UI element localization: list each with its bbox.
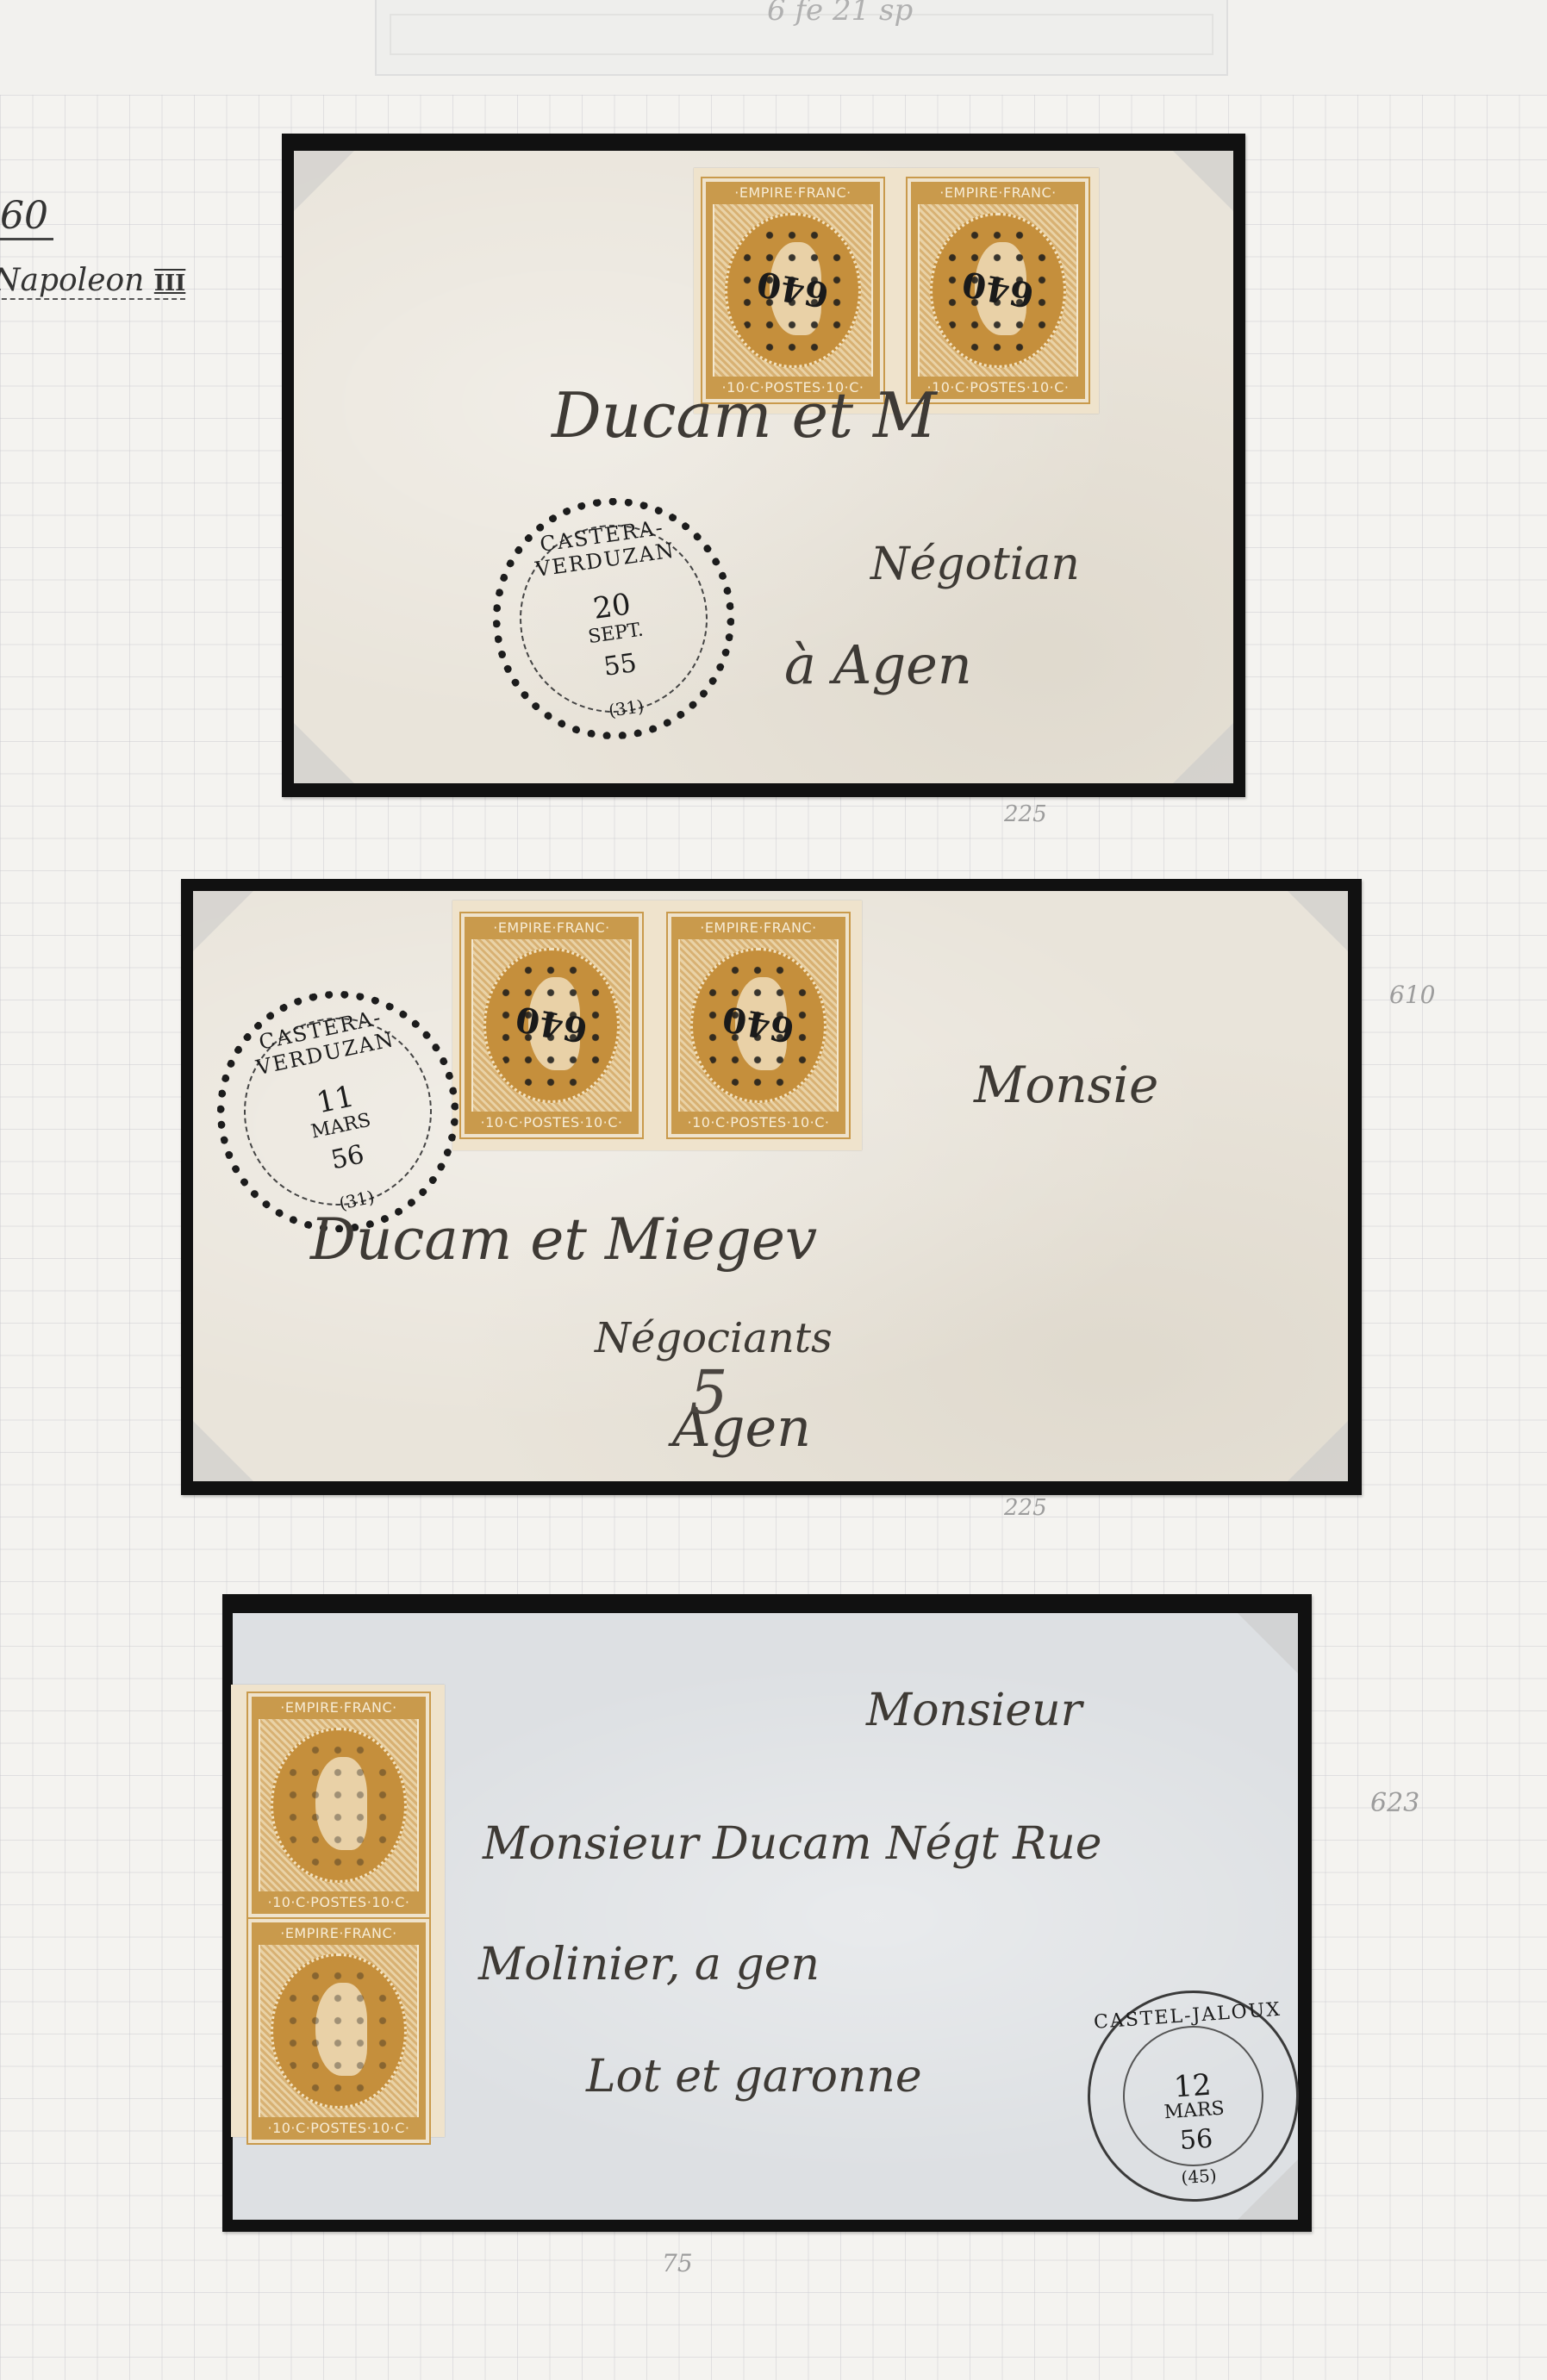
address-line: Ducam et M bbox=[552, 379, 937, 452]
address-line: Lot et garonne bbox=[586, 2051, 922, 2103]
postage-due-mark: 5 bbox=[689, 1357, 728, 1428]
stamp-pair-3: ·EMPIRE·FRANC· ·10·C·POSTES·10·C· ·EMPIR… bbox=[231, 1685, 445, 2137]
address-line: Ducam et Miegev bbox=[310, 1206, 817, 1273]
series-name: Napoleon bbox=[0, 263, 144, 298]
stamp: ·EMPIRE·FRANC· ·10·C·POSTES·10·C· bbox=[248, 1693, 429, 1917]
stamp: ·EMPIRE·FRANC· ·10·C·POSTES·10·C· 640 bbox=[461, 913, 642, 1137]
margin-note-75: 75 bbox=[662, 2249, 693, 2277]
series-label: Napoleon III bbox=[0, 263, 185, 300]
address-line: Négociants bbox=[595, 1314, 833, 1362]
margin-note-623: 623 bbox=[1370, 1788, 1419, 1818]
price-note: 225 bbox=[1004, 801, 1047, 827]
address-line: Monsieur bbox=[866, 1685, 1082, 1736]
stamp-pair-2: ·EMPIRE·FRANC· ·10·C·POSTES·10·C· 640 ·E… bbox=[452, 900, 862, 1150]
margin-note-610: 610 bbox=[1389, 981, 1435, 1009]
stamp: ·EMPIRE·FRANC· ·10·C·POSTES·10·C· 640 bbox=[908, 178, 1089, 402]
header-pencil-note: 6 fe 21 sp bbox=[767, 0, 913, 28]
price-note: 225 bbox=[1004, 1495, 1047, 1521]
catalogue-number: 60 bbox=[0, 194, 53, 240]
album-page-header-band: 6 fe 21 sp bbox=[0, 0, 1547, 95]
postmark-3: CASTEL-JALOUX 12 MARS 56 (45) bbox=[1081, 1984, 1306, 2209]
stamp: ·EMPIRE·FRANC· ·10·C·POSTES·10·C· bbox=[248, 1919, 429, 2143]
address-line: Monsie bbox=[974, 1056, 1158, 1114]
address-line: à Agen bbox=[784, 633, 972, 696]
address-line: Monsieur Ducam Négt Rue bbox=[483, 1818, 1102, 1870]
series-numeral: III bbox=[154, 271, 186, 296]
address-line: Molinier, a gen bbox=[478, 1939, 820, 1991]
stamp: ·EMPIRE·FRANC· ·10·C·POSTES·10·C· 640 bbox=[702, 178, 883, 402]
stamp: ·EMPIRE·FRANC· ·10·C·POSTES·10·C· 640 bbox=[668, 913, 849, 1137]
address-line: Négotian bbox=[870, 539, 1080, 590]
stamp-pair-1: ·EMPIRE·FRANC· ·10·C·POSTES·10·C· 640 ·E… bbox=[694, 168, 1099, 414]
